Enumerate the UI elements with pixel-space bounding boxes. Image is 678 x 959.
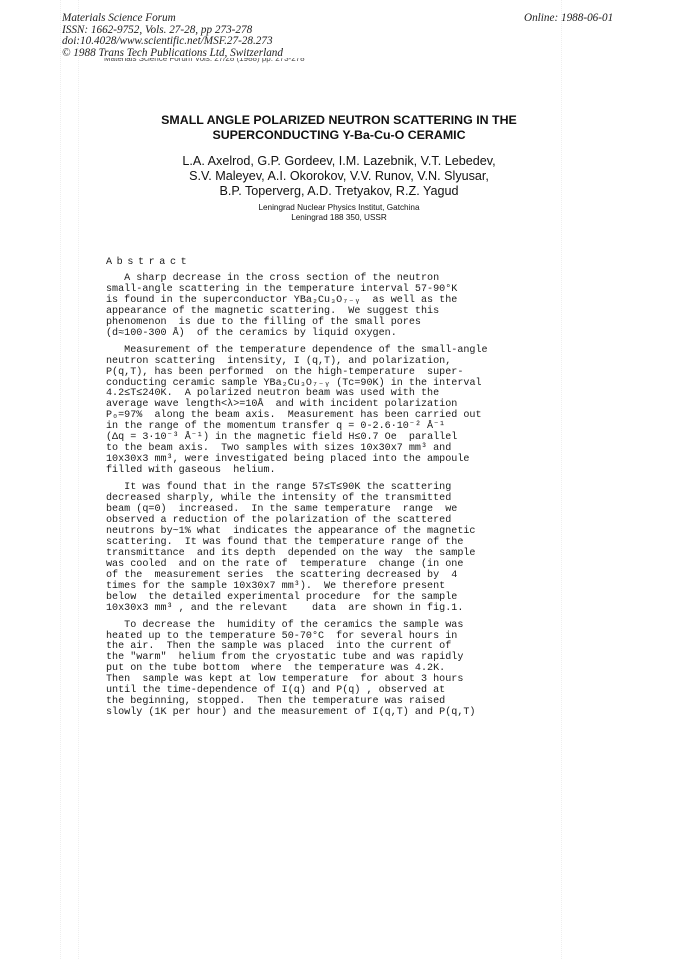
watermark-line: [78, 0, 81, 959]
text-line: Measurement of the temperature dependenc…: [106, 346, 546, 357]
author-line: B.P. Toperverg, A.D. Tretyakov, R.Z. Yag…: [0, 184, 678, 199]
text-line: below the detailed experimental procedur…: [106, 593, 546, 604]
text-line: To decrease the humidity of the ceramics…: [106, 621, 546, 632]
affiliation-line: Leningrad Nuclear Physics Institut, Gatc…: [0, 203, 678, 213]
obscured-reference: Materials Science Forum Vols. 27/28 (198…: [104, 58, 305, 63]
affiliation-line: Leningrad 188 350, USSR: [0, 213, 678, 223]
author-list: L.A. Axelrod, G.P. Gordeev, I.M. Lazebni…: [0, 154, 678, 200]
text-line: 10x30x3 mm³ , and the relevant data are …: [106, 604, 546, 615]
paragraph: A sharp decrease in the cross section of…: [106, 274, 546, 340]
journal-name: Materials Science Forum: [62, 13, 283, 25]
text-line: times for the sample 10x30x7 mm³). We th…: [106, 582, 546, 593]
paragraph: To decrease the humidity of the ceramics…: [106, 621, 546, 720]
text-line: P(q,T), has been performed on the high-t…: [106, 368, 546, 379]
online-date: Online: 1988-06-01: [524, 13, 613, 25]
abstract-heading: Abstract: [106, 258, 546, 269]
journal-metadata: Materials Science Forum ISSN: 1662-9752,…: [62, 13, 283, 59]
affiliation: Leningrad Nuclear Physics Institut, Gatc…: [0, 203, 678, 223]
text-line: slowly (1K per hour) and the measurement…: [106, 708, 546, 719]
author-line: L.A. Axelrod, G.P. Gordeev, I.M. Lazebni…: [0, 154, 678, 169]
title-line: SUPERCONDUCTING Y-Ba-Cu-O CERAMIC: [0, 128, 678, 143]
title-line: SMALL ANGLE POLARIZED NEUTRON SCATTERING…: [0, 113, 678, 128]
text-line: (d≈100-300 Å) of the ceramics by liquid …: [106, 329, 546, 340]
text-line: neutron scattering intensity, I (q,T), a…: [106, 357, 546, 368]
paragraph: Measurement of the temperature dependenc…: [106, 346, 546, 477]
paragraph: It was found that in the range 57≤T≤90K …: [106, 483, 546, 614]
author-line: S.V. Maleyev, A.I. Okorokov, V.V. Runov,…: [0, 169, 678, 184]
text-line: filled with gaseous helium.: [106, 466, 546, 477]
watermark-line: [561, 0, 564, 959]
paragraphs: A sharp decrease in the cross section of…: [106, 274, 546, 719]
watermark-line: [60, 0, 63, 959]
paper-body: Abstract A sharp decrease in the cross s…: [106, 258, 546, 725]
obscured-reference-text: Materials Science Forum Vols. 27/28 (198…: [104, 58, 305, 63]
paper-title: SMALL ANGLE POLARIZED NEUTRON SCATTERING…: [0, 113, 678, 142]
